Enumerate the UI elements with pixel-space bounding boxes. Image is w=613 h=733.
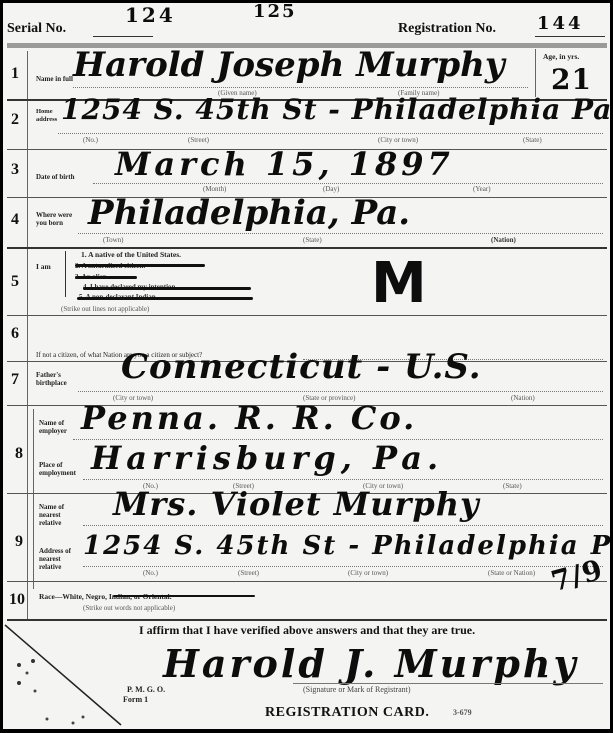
- employer-label: Name of employer: [39, 419, 71, 435]
- row-number: 1: [11, 65, 19, 83]
- employer-value: Penna. R. R. Co.: [81, 399, 417, 437]
- age-label: Age, in yrs.: [543, 53, 579, 61]
- serial-overwrite: 125: [253, 3, 297, 22]
- birthplace-value: Philadelphia, Pa.: [88, 193, 410, 233]
- status-option-native: 1. A native of the United States.: [81, 251, 181, 259]
- birthplace-label: Where were you born: [36, 211, 76, 227]
- place-of-employment-label: Place of employment: [39, 461, 79, 477]
- relative-address-value: 1254 S. 45th St - Philadelphia Pa.: [83, 531, 610, 561]
- form-number: Form 1: [123, 696, 148, 704]
- form-code: P. M. G. O.: [127, 686, 165, 694]
- registration-label: Registration No.: [398, 21, 496, 37]
- status-label: I am: [36, 263, 51, 271]
- corner-diagonal-line: [3, 621, 123, 729]
- serial-value: 124: [125, 3, 176, 27]
- father-birthplace-label: Father's birthplace: [36, 371, 76, 387]
- dob-label: Date of birth: [36, 173, 75, 181]
- card-title: REGISTRATION CARD.: [265, 705, 429, 721]
- footer-code: 3-679: [453, 709, 472, 717]
- registrant-signature: Harold J. Murphy: [163, 641, 579, 686]
- name-label: Name in full: [36, 75, 73, 83]
- place-of-employment-value: Harrisburg, Pa.: [91, 439, 443, 477]
- home-address-value: 1254 S. 45th St - Philadelphia Pa.: [61, 93, 610, 126]
- nearest-relative-label: Name of nearest relative: [39, 503, 79, 527]
- father-birthplace-value: Connecticut - U.S.: [121, 347, 482, 387]
- nearest-relative-value: Mrs. Violet Murphy: [113, 485, 480, 523]
- relative-address-label: Address of nearest relative: [39, 547, 81, 571]
- registration-card: Serial No. 124 125 Registration No. 144 …: [3, 3, 610, 729]
- signature-label: (Signature or Mark of Registrant): [303, 685, 411, 694]
- home-address-label: Home address: [36, 108, 56, 124]
- serial-label: Serial No.: [7, 21, 66, 37]
- affirmation-text: I affirm that I have verified above answ…: [139, 623, 475, 638]
- status-mark: M: [371, 251, 428, 316]
- registration-value: 144: [537, 13, 584, 34]
- name-value: Harold Joseph Murphy: [73, 45, 505, 85]
- age-value: 21: [551, 63, 592, 96]
- dob-value: March 15, 1897: [115, 145, 454, 183]
